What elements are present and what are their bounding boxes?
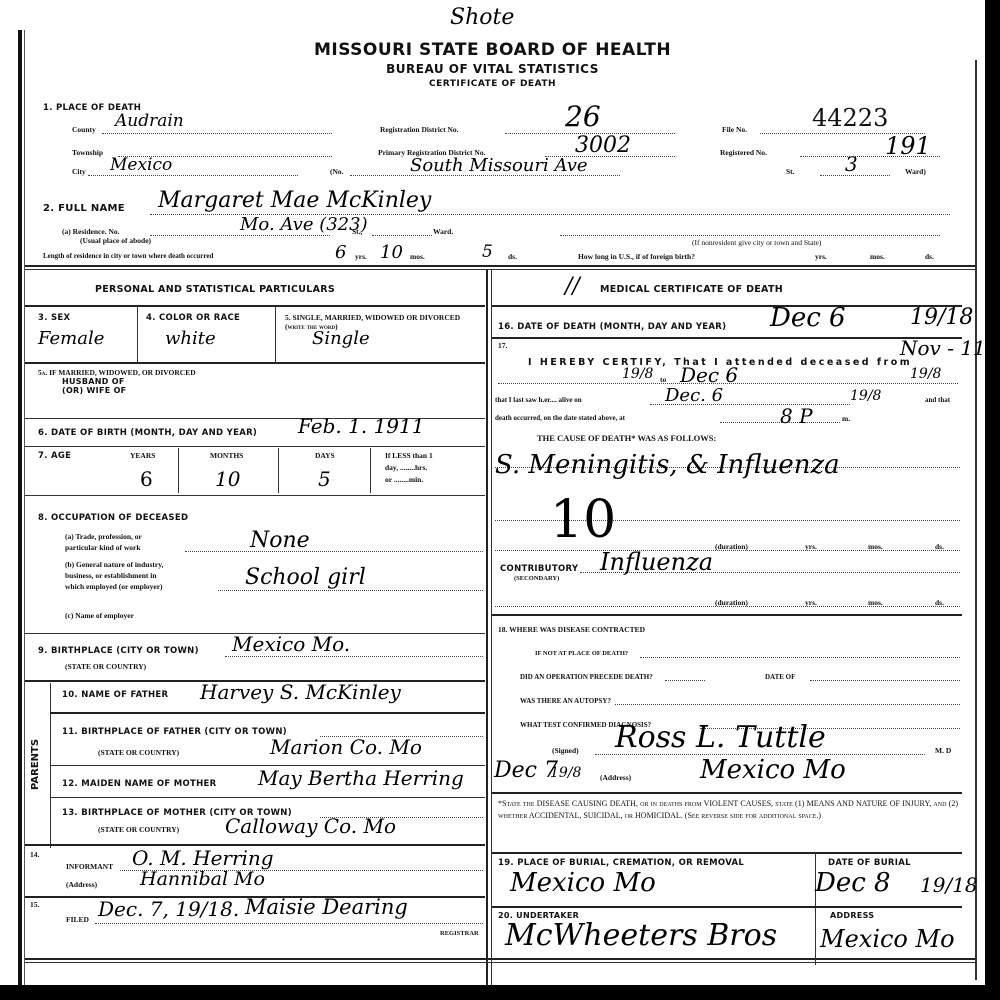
burial-place-label: 19. PLACE OF BURIAL, CREMATION, OR REMOV… xyxy=(498,858,744,868)
dob-value: Feb. 1. 1911 xyxy=(298,414,424,438)
cause-label: THE CAUSE OF DEATH* WAS AS FOLLOWS: xyxy=(537,433,716,443)
check-mark: // xyxy=(565,274,580,299)
burial-date-value: Dec 8 xyxy=(815,868,891,898)
cause-value: S. Meningitis, & Influenza xyxy=(495,450,840,480)
date-of-death-year: 19/18 xyxy=(910,305,973,330)
filed-line xyxy=(95,923,483,924)
divider xyxy=(178,448,179,493)
less-than-day-label-3: or ........min. xyxy=(385,475,423,484)
rule xyxy=(50,797,485,798)
residence-length-yrs: 6 xyxy=(335,242,346,263)
secondary-label: (SECONDARY) xyxy=(514,575,559,582)
rule xyxy=(492,792,962,794)
full-name-value: Margaret Mae McKinley xyxy=(158,188,431,213)
duration-label-2: (duration) xyxy=(715,598,748,607)
ds-label-2: ds. xyxy=(935,598,944,607)
race-value: white xyxy=(165,328,216,349)
nonresident-line xyxy=(560,235,940,236)
foreign-ds-label: ds. xyxy=(925,252,934,261)
footnote: *State the DISEASE CAUSING DEATH, or in … xyxy=(498,798,958,822)
primary-registration-label: Primary Registration District No. xyxy=(378,148,485,157)
race-label: 4. COLOR OR RACE xyxy=(146,313,240,323)
industry-line xyxy=(218,590,483,591)
right-border xyxy=(975,60,977,980)
operation-date-label: DATE OF xyxy=(765,673,795,681)
file-no-value: 44223 xyxy=(812,104,888,132)
informant-address-label: (Address) xyxy=(66,880,97,889)
father-birthplace-value: Marion Co. Mo xyxy=(270,735,422,759)
yrs-label: yrs. xyxy=(805,542,817,551)
burial-place-value: Mexico Mo xyxy=(510,868,656,898)
attended-from-value: Nov - 11 xyxy=(900,336,986,360)
burial-year: 19/18 xyxy=(920,873,978,897)
industry-value: School girl xyxy=(245,565,366,590)
autopsy-label: WAS THERE AN AUTOPSY? xyxy=(520,697,611,705)
rule xyxy=(25,495,485,496)
residence-ward-label: Ward. xyxy=(433,227,453,236)
physician-signature: Ross L. Tuttle xyxy=(615,720,826,755)
rule xyxy=(492,852,962,854)
birthplace-value: Mexico Mo. xyxy=(232,632,350,656)
industry-label-1: (b) General nature of industry, xyxy=(65,560,163,569)
occupation-label: 8. OCCUPATION OF DECEASED xyxy=(38,513,188,523)
operation-label: DID AN OPERATION PRECEDE DEATH? xyxy=(520,673,653,681)
father-birthplace-label: 11. BIRTHPLACE OF FATHER (CITY OR TOWN) xyxy=(62,727,287,737)
not-at-place-label: IF NOT AT PLACE OF DEATH? xyxy=(535,650,628,657)
attended-from-year: 19/8 xyxy=(622,366,653,382)
full-name-label: 2. FULL NAME xyxy=(43,203,125,214)
physician-address-value: Mexico Mo xyxy=(700,755,846,785)
residence-label: (a) Residence. No. xyxy=(62,227,120,236)
registrar-label: REGISTRAR xyxy=(440,930,479,937)
informant-num: 14. xyxy=(30,850,39,859)
registration-district-label: Registration District No. xyxy=(380,125,459,134)
rule xyxy=(25,962,975,963)
undertaker-address-value: Mexico Mo xyxy=(820,925,955,953)
birthplace-state-label: (STATE OR COUNTRY) xyxy=(65,662,146,671)
scan-edge-right xyxy=(985,0,1000,1000)
not-at-place-line xyxy=(640,657,960,658)
age-days-label: DAYS xyxy=(315,451,335,460)
certify-num: 17. xyxy=(498,341,507,350)
residence-ward-line xyxy=(372,235,432,236)
rule xyxy=(492,614,962,616)
rule xyxy=(492,906,962,908)
age-label: 7. AGE xyxy=(38,451,71,461)
industry-label-2: business, or establishment in xyxy=(65,571,157,580)
document-subtitle: BUREAU OF VITAL STATISTICS xyxy=(0,62,985,76)
father-name-label: 10. NAME OF FATHER xyxy=(62,690,168,700)
informant-value: O. M. Herring xyxy=(132,846,274,870)
registered-no-label: Registered No. xyxy=(720,148,767,157)
rule xyxy=(25,446,485,447)
to-label: to xyxy=(660,375,666,384)
industry-label-3: which employed (or employer) xyxy=(65,582,163,591)
autopsy-line xyxy=(615,704,960,705)
foreign-mos-label: mos. xyxy=(870,252,885,261)
left-border-inner xyxy=(24,30,25,985)
marital-status-value: Single xyxy=(312,328,370,349)
last-saw-value: Dec. 6 xyxy=(665,385,723,406)
rule xyxy=(50,712,485,714)
undertaker-address-label: ADDRESS xyxy=(830,911,874,920)
m-label: m. xyxy=(842,414,850,423)
dob-label: 6. DATE OF BIRTH (MONTH, DAY AND YEAR) xyxy=(38,428,257,438)
attended-to-year: 19/8 xyxy=(910,366,941,382)
spouse-label-1: 5a. IF MARRIED, WIDOWED, OR DIVORCED xyxy=(38,368,196,377)
residence-ds-label: ds. xyxy=(508,252,517,261)
trade-value: None xyxy=(250,528,310,553)
age-years-value: 6 xyxy=(140,467,153,491)
less-than-day-label-1: If LESS than 1 xyxy=(385,451,433,460)
column-divider xyxy=(491,270,492,985)
city-value: Mexico xyxy=(110,155,172,175)
residence-length-label: Length of residence in city or town wher… xyxy=(43,252,213,260)
residence-line xyxy=(150,235,330,236)
mos-label-2: mos. xyxy=(868,598,883,607)
township-label: Township xyxy=(72,148,103,157)
rule xyxy=(25,265,975,267)
foreign-birth-label: How long in U.S., if of foreign birth? xyxy=(578,252,695,261)
margin-note: 10 xyxy=(550,490,616,550)
less-than-day-label-2: day, ........hrs. xyxy=(385,463,427,472)
age-years-label: YEARS xyxy=(130,451,155,460)
trade-label-1: (a) Trade, profession, or xyxy=(65,532,142,541)
operation-date-line xyxy=(810,680,960,681)
date-of-death-value: Dec 6 xyxy=(770,303,846,333)
residence-st-label: St., xyxy=(352,227,362,236)
residence-length-mos: 10 xyxy=(380,242,403,263)
death-time-value: 8 P xyxy=(780,404,813,428)
age-days-value: 5 xyxy=(318,467,331,491)
rule xyxy=(492,337,962,339)
filed-date: Dec. 7, 19/18. xyxy=(98,897,239,921)
and-that-label: and that xyxy=(925,396,950,404)
spouse-label-2: HUSBAND OF xyxy=(62,377,125,386)
md-label: M. D xyxy=(935,746,951,755)
county-line xyxy=(102,133,332,134)
street-no-label: (No. xyxy=(330,167,344,176)
registrar-signature: Maisie Dearing xyxy=(245,895,408,919)
where-contracted-label: 18. WHERE WAS DISEASE CONTRACTED xyxy=(498,625,645,634)
personal-section-title: PERSONAL AND STATISTICAL PARTICULARS xyxy=(95,284,335,295)
death-occurred-label: death occurred, on the date stated above… xyxy=(495,414,625,422)
spouse-label-3: (OR) WIFE OF xyxy=(62,386,126,395)
registered-no-value: 191 xyxy=(885,132,931,160)
age-months-value: 10 xyxy=(215,467,240,491)
birthplace-label: 9. BIRTHPLACE (CITY OR TOWN) xyxy=(38,646,199,656)
divider xyxy=(275,307,276,362)
rule xyxy=(25,958,975,960)
burial-date-label: DATE OF BURIAL xyxy=(828,858,911,868)
duration-label: (duration) xyxy=(715,542,748,551)
mos-label: mos. xyxy=(868,542,883,551)
last-saw-year: 19/8 xyxy=(850,388,881,404)
yrs-label-2: yrs. xyxy=(805,598,817,607)
attended-to-value: Dec 6 xyxy=(680,363,738,387)
trade-label-2: particular kind of work xyxy=(65,543,141,552)
physician-address-label: (Address) xyxy=(600,773,631,782)
sex-value: Female xyxy=(38,328,104,349)
file-no-label: File No. xyxy=(722,125,747,134)
contributory-value: Influenza xyxy=(600,548,713,576)
rule xyxy=(25,269,975,270)
parents-side-label: PARENTS xyxy=(30,739,41,790)
nonresident-label: (If nonresident give city or town and St… xyxy=(692,238,821,247)
ward-label: Ward) xyxy=(905,167,926,176)
form-name: CERTIFICATE OF DEATH xyxy=(0,79,985,89)
city-label: City xyxy=(72,167,86,176)
sex-label: 3. SEX xyxy=(38,313,70,323)
rule xyxy=(25,305,485,307)
mother-name-label: 12. MAIDEN NAME OF MOTHER xyxy=(62,779,217,789)
father-name-value: Harvey S. McKinley xyxy=(200,680,401,704)
filed-num: 15. xyxy=(30,900,39,909)
mother-birthplace-value: Calloway Co. Mo xyxy=(225,814,396,838)
left-border xyxy=(18,30,22,985)
sign-year: 19/8 xyxy=(550,765,581,781)
registration-district-value: 26 xyxy=(565,100,601,133)
document-title: MISSOURI STATE BOARD OF HEALTH xyxy=(0,40,985,60)
informant-address-value: Hannibal Mo xyxy=(140,868,265,890)
date-of-death-label: 16. DATE OF DEATH (MONTH, DAY AND YEAR) xyxy=(498,322,726,332)
contributory-label: CONTRIBUTORY xyxy=(500,564,578,574)
rule xyxy=(492,305,962,307)
stamp-signature: Shote xyxy=(450,5,514,30)
father-birthplace-state-label: (STATE OR COUNTRY) xyxy=(98,748,179,757)
street-st-label: St. xyxy=(786,167,795,176)
primary-registration-value: 3002 xyxy=(575,133,631,158)
informant-label: INFORMANT xyxy=(66,862,113,871)
sign-date: Dec 7 xyxy=(494,758,558,783)
residence-yrs-label: yrs. xyxy=(355,252,367,261)
rule xyxy=(25,362,485,364)
foreign-yrs-label: yrs. xyxy=(815,252,827,261)
abode-label: (Usual place of abode) xyxy=(80,236,151,245)
divider xyxy=(370,448,371,493)
scan-edge-bottom xyxy=(0,985,1000,1000)
signed-label: (Signed) xyxy=(552,746,579,755)
mother-birthplace-state-label: (STATE OR COUNTRY) xyxy=(98,825,179,834)
last-saw-label: that I last saw h.er.... alive on xyxy=(495,396,582,404)
filed-label: FILED xyxy=(66,915,89,924)
employer-label: (c) Name of employer xyxy=(65,611,134,620)
trade-line xyxy=(185,551,483,552)
residence-value: Mo. Ave (323) xyxy=(240,214,368,235)
mother-name-value: May Bertha Herring xyxy=(258,766,464,790)
county-value: Audrain xyxy=(115,111,184,131)
residence-mos-label: mos. xyxy=(410,252,425,261)
column-divider xyxy=(486,270,488,985)
divider xyxy=(137,307,138,362)
age-months-label: MONTHS xyxy=(210,451,243,460)
county-label: County xyxy=(72,125,96,134)
operation-line xyxy=(665,680,705,681)
ds-label: ds. xyxy=(935,542,944,551)
city-line xyxy=(88,175,298,176)
residence-length-ds: 5 xyxy=(482,242,493,262)
medical-section-title: MEDICAL CERTIFICATE OF DEATH xyxy=(600,284,783,295)
street-value: South Missouri Ave xyxy=(410,155,588,176)
undertaker-value: McWheeters Bros xyxy=(505,918,777,953)
birthplace-line xyxy=(225,656,483,657)
divider xyxy=(278,448,279,493)
